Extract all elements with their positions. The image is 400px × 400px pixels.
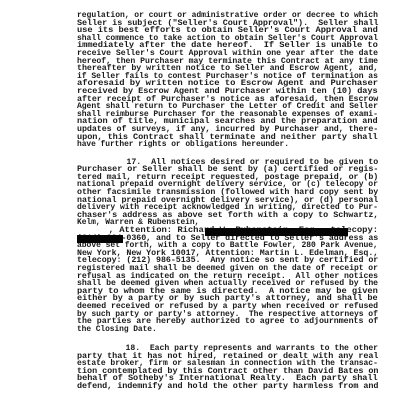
- redaction-bar: [205, 228, 348, 236]
- text-line: have further rights or obligations hereu…: [77, 141, 289, 149]
- scanned-contract-page: regulation, or court or administrative o…: [0, 0, 400, 400]
- text-line: defend, indemnify and hold the other par…: [77, 383, 378, 391]
- text-line: the Closing Date.: [77, 326, 157, 334]
- redaction-bar: [77, 235, 123, 243]
